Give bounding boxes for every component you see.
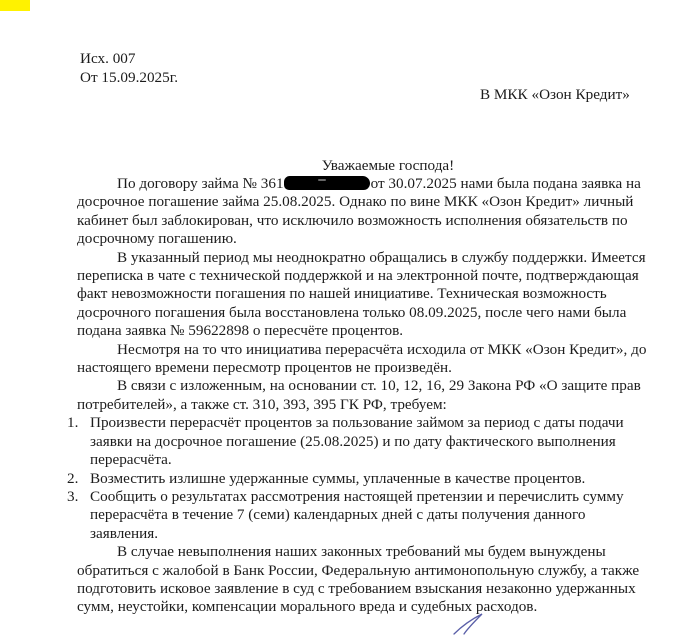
requirement-item: 3. Сообщить о результатах рассмотрения н… — [77, 488, 649, 543]
requirement-number: 1. — [67, 414, 87, 432]
redacted-contract-number — [284, 176, 370, 190]
requirement-item: 1. Произвести перерасчёт процентов за по… — [77, 414, 649, 469]
signature-stroke-icon — [452, 612, 492, 635]
requirement-number: 3. — [67, 488, 87, 506]
document-date: От 15.09.2025г. — [80, 69, 178, 88]
paragraph-legal-basis: В связи с изложенным, на основании ст. 1… — [77, 377, 649, 414]
requirement-text: Сообщить о результатах рассмотрения наст… — [90, 488, 649, 543]
paragraph-contract: По договору займа № 361от 30.07.2025 нам… — [77, 175, 649, 249]
contract-number-prefix: По договору займа № 361 — [117, 175, 284, 192]
paragraph-no-recalculation: Несмотря на то что инициатива перерасчёт… — [77, 341, 649, 378]
yellow-highlight-mark — [0, 0, 30, 11]
requirement-number: 2. — [67, 470, 87, 488]
document-references: Исх. 007 От 15.09.2025г. — [80, 50, 178, 87]
paragraph-consequences: В случае невыполнения наших законных тре… — [77, 543, 649, 617]
salutation: Уважаемые господа! — [0, 157, 700, 175]
outgoing-number: Исх. 007 — [80, 50, 178, 69]
requirement-item: 2. Возместить излишне удержанные суммы, … — [77, 470, 649, 488]
addressee: В МКК «Озон Кредит» — [480, 86, 630, 104]
requirement-text: Произвести перерасчёт процентов за польз… — [90, 414, 649, 469]
paragraph-support: В указанный период мы неоднократно обращ… — [77, 249, 649, 341]
letter-body: По договору займа № 361от 30.07.2025 нам… — [77, 175, 649, 617]
requirements-list: 1. Произвести перерасчёт процентов за по… — [77, 414, 649, 543]
requirement-text: Возместить излишне удержанные суммы, упл… — [90, 470, 649, 488]
